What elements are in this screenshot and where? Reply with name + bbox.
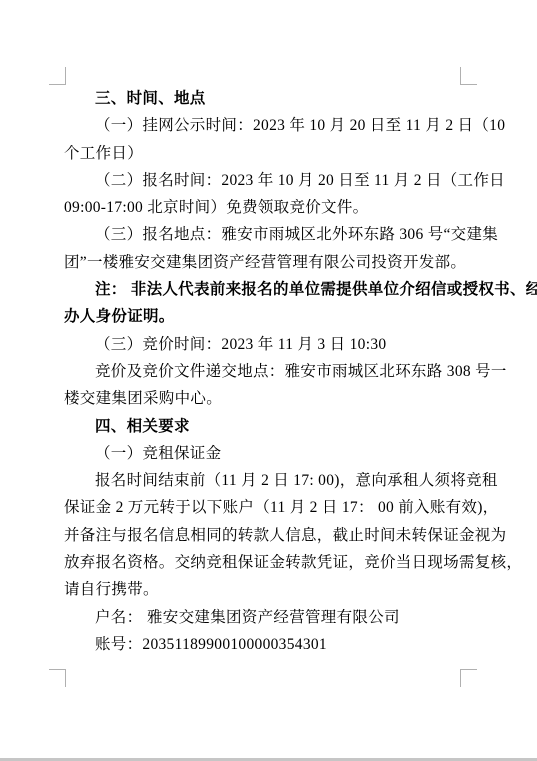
- document-line: 个工作日）: [64, 140, 484, 167]
- crop-mark-top-left: [49, 67, 66, 85]
- document-line: 楼交建集团采购中心。: [64, 385, 484, 412]
- document-line: 办人身份证明。: [64, 303, 484, 330]
- document-line: 注： 非法人代表前来报名的单位需提供单位介绍信或授权书、经: [64, 276, 484, 303]
- document-line: 四、相关要求: [64, 413, 484, 440]
- document-text: 三、时间、地点（一）挂网公示时间：2023 年 10 月 20 日至 11 月 …: [64, 85, 484, 658]
- crop-mark-top-right: [460, 67, 477, 85]
- document-line: （二）报名时间：2023 年 10 月 20 日至 11 月 2 日（工作日: [64, 167, 484, 194]
- document-line: （一）挂网公示时间：2023 年 10 月 20 日至 11 月 2 日（10: [64, 112, 484, 139]
- document-line: 团”一楼雅安交建集团资产经营管理有限公司投资开发部。: [64, 249, 484, 276]
- crop-mark-bottom-right: [460, 669, 477, 687]
- document-line: （三）竞价时间：2023 年 11 月 3 日 10:30: [64, 331, 484, 358]
- document-line: 账号：20351189900100000354301: [64, 631, 484, 658]
- document-line: 请自行携带。: [64, 576, 484, 603]
- crop-mark-bottom-left: [49, 669, 66, 687]
- document-line: 竞价及竞价文件递交地点：雅安市雨城区北环东路 308 号一: [64, 358, 484, 385]
- document-page: 三、时间、地点（一）挂网公示时间：2023 年 10 月 20 日至 11 月 …: [0, 0, 537, 761]
- document-line: 报名时间结束前（11 月 2 日 17: 00)，意向承租人须将竞租: [64, 467, 484, 494]
- document-line: 保证金 2 万元转于以下账户（11 月 2 日 17： 00 前入账有效)，: [64, 494, 484, 521]
- document-line: 三、时间、地点: [64, 85, 484, 112]
- document-line: （一）竞租保证金: [64, 440, 484, 467]
- document-line: 放弃报名资格。交纳竞租保证金转款凭证，竞价当日现场需复核，: [64, 549, 484, 576]
- document-line: 09:00-17:00 北京时间）免费领取竞价文件。: [64, 194, 484, 221]
- document-line: （三）报名地点：雅安市雨城区北外环东路 306 号“交建集: [64, 221, 484, 248]
- document-line: 户名： 雅安交建集团资产经营管理有限公司: [64, 604, 484, 631]
- document-line: 并备注与报名信息相同的转款人信息，截止时间未转保证金视为: [64, 522, 484, 549]
